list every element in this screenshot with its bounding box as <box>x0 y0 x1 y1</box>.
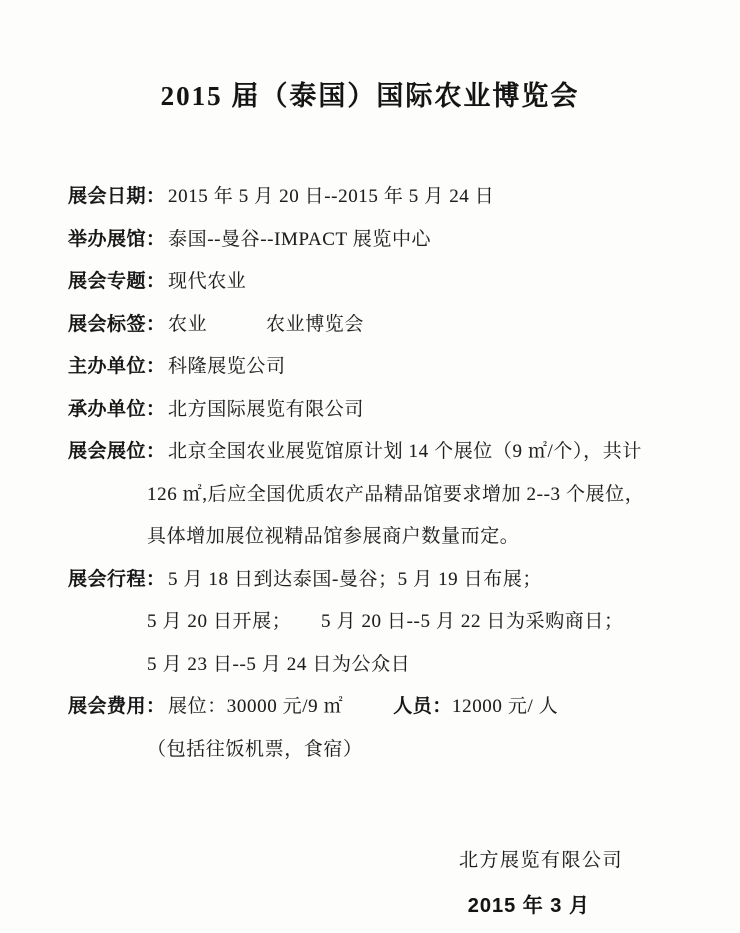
field-label: 展会展位： <box>68 431 168 474</box>
field-value: 5 月 18 日到达泰国-曼谷；5 月 19 日布展； 5 月 20 日开展； … <box>168 559 700 687</box>
fee-booth-text: 展位：30000 元/9 ㎡ <box>168 696 343 717</box>
scanned-document-page: 2015 届（泰国）国际农业博览会 展会日期： 2015 年 5 月 20 日-… <box>0 0 740 933</box>
field-label: 主办单位： <box>68 346 168 389</box>
fee-person-value: 12000 元/ 人 <box>452 696 558 717</box>
signature-company: 北方展览有限公司 <box>459 845 623 872</box>
field-row-undertaker: 承办单位： 北方国际展览有限公司 <box>68 389 700 432</box>
field-row-tags: 展会标签： 农业 农业博览会 <box>68 304 700 347</box>
field-row-exhibition-date: 展会日期： 2015 年 5 月 20 日--2015 年 5 月 24 日 <box>68 176 700 219</box>
document-body: 展会日期： 2015 年 5 月 20 日--2015 年 5 月 24 日 举… <box>68 176 700 771</box>
field-row-booths: 展会展位： 北京全国农业展览馆原计划 14 个展位（9 ㎡/个），共计 126 … <box>68 431 700 559</box>
field-value: 北京全国农业展览馆原计划 14 个展位（9 ㎡/个），共计 126 ㎡,后应全国… <box>168 431 700 559</box>
field-value-line: 5 月 18 日到达泰国-曼谷；5 月 19 日布展； <box>168 559 700 602</box>
signature-date: 2015 年 3 月 <box>468 889 590 918</box>
field-label: 展会行程： <box>68 559 168 602</box>
field-row-fees: 展会费用： 展位：30000 元/9 ㎡人员：12000 元/ 人 （包括往饭机… <box>68 686 700 771</box>
field-value: 农业 农业博览会 <box>168 304 700 347</box>
field-label: 展会标签： <box>68 304 168 347</box>
document-title: 2015 届（泰国）国际农业博览会 <box>0 78 740 114</box>
field-value: 北方国际展览有限公司 <box>168 389 700 432</box>
field-label: 承办单位： <box>68 389 168 432</box>
field-value-line: 5 月 20 日开展； 5 月 20 日--5 月 22 日为采购商日； <box>147 601 700 644</box>
field-row-theme: 展会专题： 现代农业 <box>68 261 700 304</box>
field-label: 举办展馆： <box>68 219 168 262</box>
field-row-organizer: 主办单位： 科隆展览公司 <box>68 346 700 389</box>
field-label: 展会费用： <box>68 686 168 729</box>
field-label: 展会日期： <box>68 176 168 219</box>
field-label: 展会专题： <box>68 261 168 304</box>
field-row-venue: 举办展馆： 泰国--曼谷--IMPACT 展览中心 <box>68 219 700 262</box>
field-value-line: 泰国--曼谷--IMPACT 展览中心 <box>168 219 700 262</box>
field-value-line: 科隆展览公司 <box>168 346 700 389</box>
field-value-line: 现代农业 <box>168 261 700 304</box>
field-value: 2015 年 5 月 20 日--2015 年 5 月 24 日 <box>168 176 700 219</box>
field-value-line: 农业 农业博览会 <box>168 304 700 347</box>
field-value: 展位：30000 元/9 ㎡人员：12000 元/ 人 （包括往饭机票，食宿） <box>168 686 700 771</box>
field-value-line: 5 月 23 日--5 月 24 日为公众日 <box>147 644 700 687</box>
fee-person-label: 人员： <box>393 696 452 717</box>
field-value: 泰国--曼谷--IMPACT 展览中心 <box>168 219 700 262</box>
field-row-itinerary: 展会行程： 5 月 18 日到达泰国-曼谷；5 月 19 日布展； 5 月 20… <box>68 559 700 687</box>
field-value: 现代农业 <box>168 261 700 304</box>
field-value-line: 126 ㎡,后应全国优质农产品精品馆要求增加 2--3 个展位， <box>147 474 700 517</box>
field-value-line: 具体增加展位视精品馆参展商户数量而定。 <box>147 516 700 559</box>
fee-line: 展位：30000 元/9 ㎡人员：12000 元/ 人 <box>168 686 700 729</box>
field-value-line: 北方国际展览有限公司 <box>168 389 700 432</box>
fee-note-line: （包括往饭机票，食宿） <box>147 729 700 772</box>
field-value: 科隆展览公司 <box>168 346 700 389</box>
field-value-line: 2015 年 5 月 20 日--2015 年 5 月 24 日 <box>168 176 700 219</box>
field-value-line: 北京全国农业展览馆原计划 14 个展位（9 ㎡/个），共计 <box>168 431 700 474</box>
